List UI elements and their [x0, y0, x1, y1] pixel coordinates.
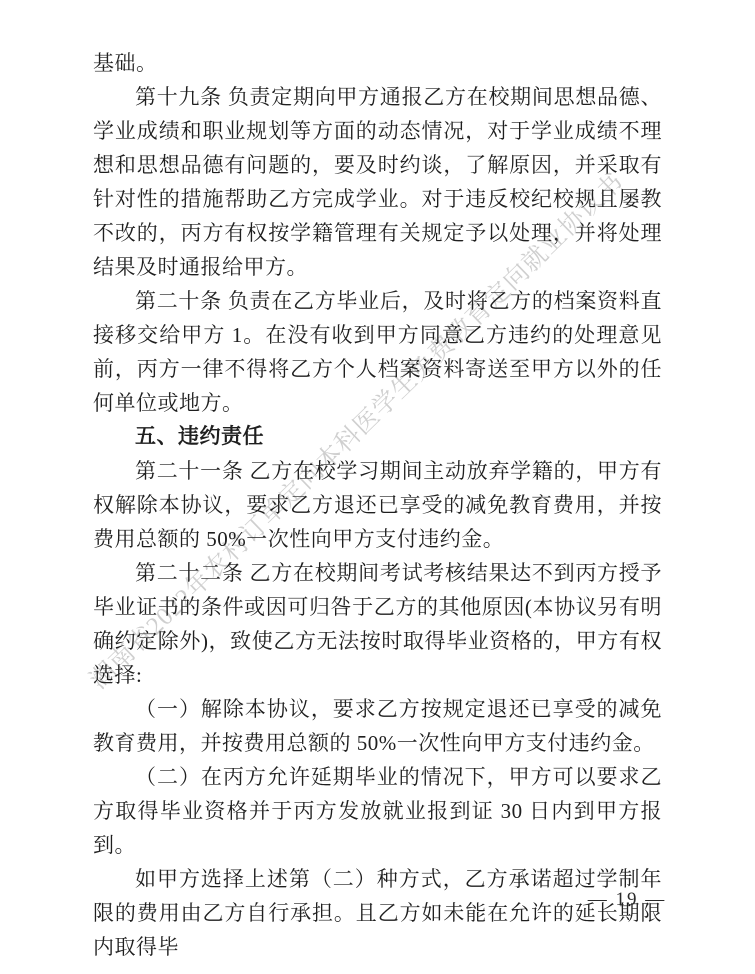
section-heading-breach-liability: 五、违约责任	[93, 420, 662, 454]
document-body: 基础。 第十九条 负责定期向甲方通报乙方在校期间思想品德、学业成绩和职业规划等方…	[93, 46, 662, 964]
paragraph-article-22: 第二十二条 乙方在校期间考试考核结果达不到丙方授予毕业证书的条件或因可归咎于乙方…	[93, 556, 662, 692]
paragraph-option-two-followup: 如甲方选择上述第（二）种方式，乙方承诺超过学制年限的费用由乙方自行承担。且乙方如…	[93, 862, 662, 964]
paragraph-continuation: 基础。	[93, 46, 662, 80]
paragraph-article-19: 第十九条 负责定期向甲方通报乙方在校期间思想品德、学业成绩和职业规划等方面的动态…	[93, 80, 662, 284]
paragraph-option-two: （二）在丙方允许延期毕业的情况下，甲方可以要求乙方取得毕业资格并于丙方发放就业报…	[93, 760, 662, 862]
paragraph-article-21: 第二十一条 乙方在校学习期间主动放弃学籍的，甲方有权解除本协议，要求乙方退还已享…	[93, 454, 662, 556]
paragraph-article-20: 第二十条 负责在乙方毕业后，及时将乙方的档案资料直接移交给甲方 1。在没有收到甲…	[93, 284, 662, 420]
paragraph-option-one: （一）解除本协议，要求乙方按规定退还已享受的减免教育费用，并按费用总额的 50%…	[93, 692, 662, 760]
document-page: 湖南省2022年农村订单定向本科医学生免费教育定向就业协议书 基础。 第十九条 …	[0, 0, 755, 974]
page-number: — 19 —	[560, 889, 694, 911]
